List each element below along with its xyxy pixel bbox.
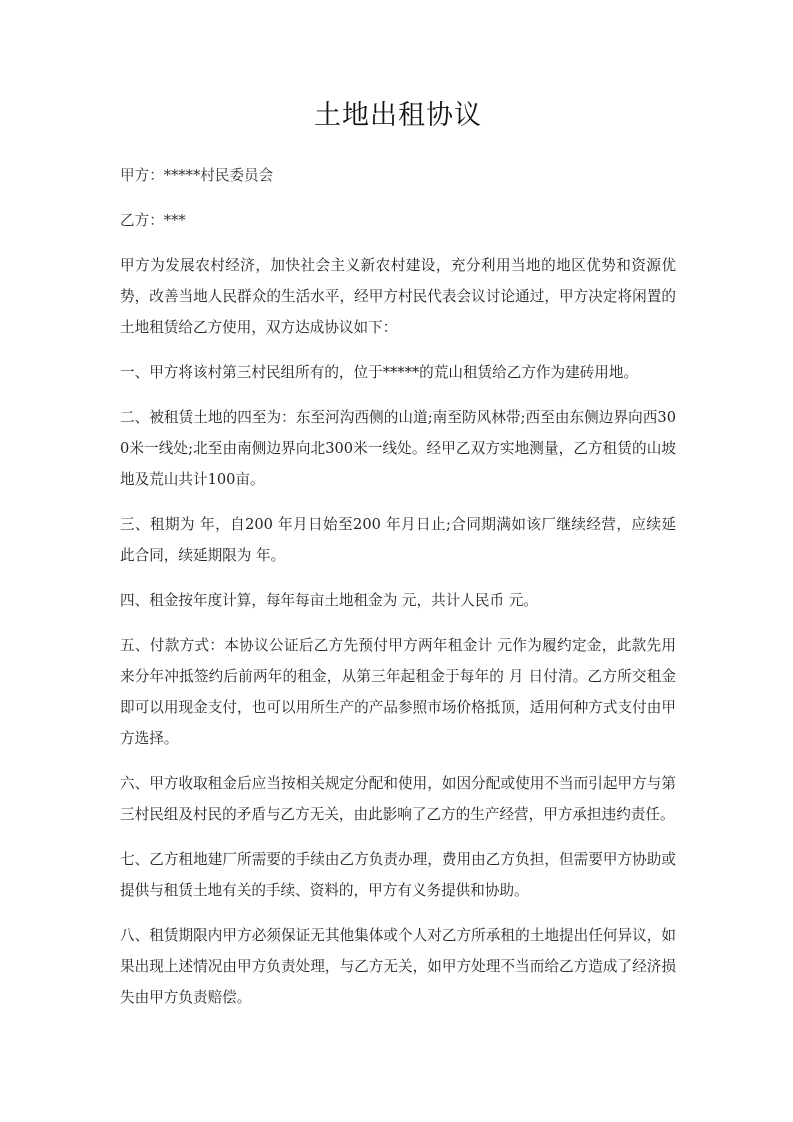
clause-1: 一、甲方将该村第三村民组所有的，位于*****的荒山租赁给乙方作为建砖用地。 bbox=[120, 357, 676, 388]
document-title: 土地出租协议 bbox=[120, 96, 676, 136]
preamble-paragraph: 甲方为发展农村经济，加快社会主义新农村建设，充分利用当地的地区优势和资源优势，改… bbox=[120, 250, 676, 343]
clause-8: 八、租赁期限内甲方必须保证无其他集体或个人对乙方所承租的土地提出任何异议，如果出… bbox=[120, 920, 676, 1013]
clause-5: 五、付款方式：本协议公证后乙方先预付甲方两年租金计 元作为履约定金，此款先用来分… bbox=[120, 630, 676, 754]
clause-7: 七、乙方租地建厂所需要的手续由乙方负责办理，费用由乙方负担，但需要甲方协助或提供… bbox=[120, 844, 676, 906]
party-a-line: 甲方：*****村民委员会 bbox=[120, 160, 676, 191]
clause-2: 二、被租赁土地的四至为：东至河沟西侧的山道;南至防风林带;西至由东侧边界向西30… bbox=[120, 402, 676, 495]
document-body: 甲方：*****村民委员会 乙方：*** 甲方为发展农村经济，加快社会主义新农村… bbox=[120, 160, 676, 1027]
clause-6: 六、甲方收取租金后应当按相关规定分配和使用，如因分配或使用不当而引起甲方与第三村… bbox=[120, 768, 676, 830]
clause-4: 四、租金按年度计算，每年每亩土地租金为 元，共计人民币 元。 bbox=[120, 585, 676, 616]
clause-3: 三、租期为 年，自200 年月日始至200 年月日止;合同期满如该厂继续经营，应… bbox=[120, 509, 676, 571]
party-b-line: 乙方：*** bbox=[120, 205, 676, 236]
